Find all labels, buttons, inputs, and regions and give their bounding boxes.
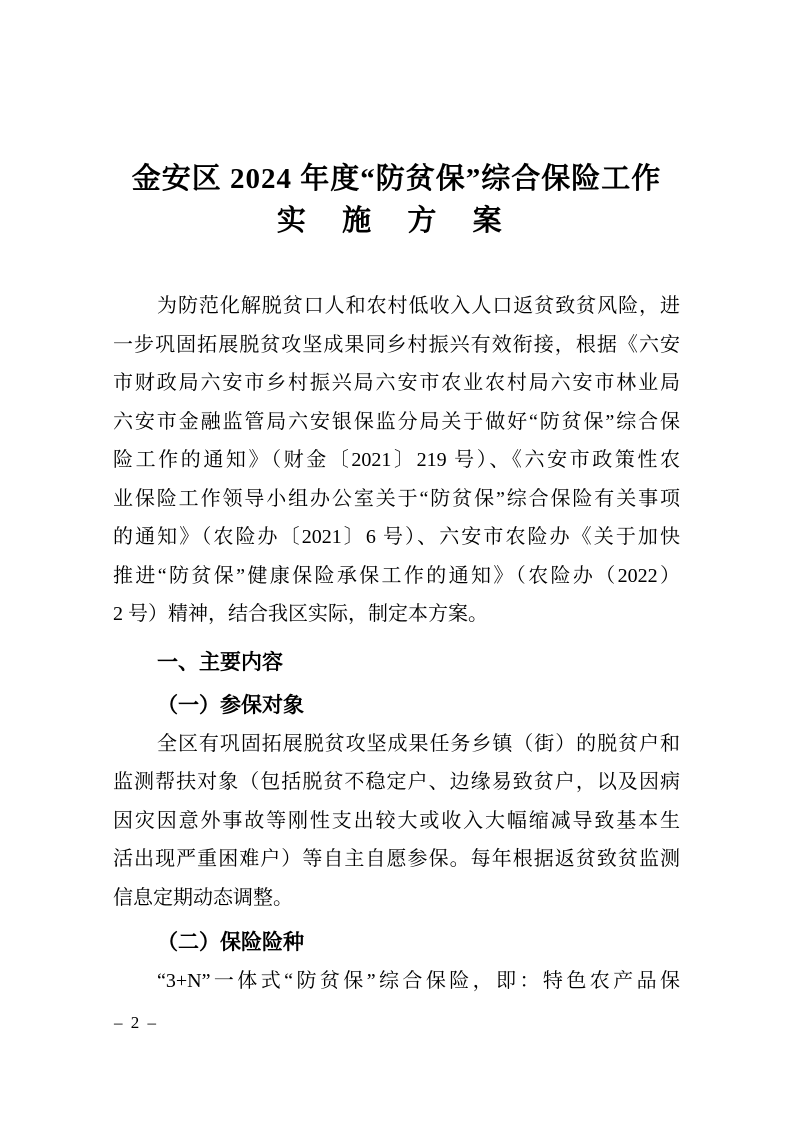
body-line: 监测帮扶对象（包括脱贫不稳定户、边缘易致贫户，以及因病: [113, 763, 680, 802]
section-heading-main-content: 一、主要内容: [113, 644, 680, 683]
document-title-line2: 实 施 方 案: [113, 200, 680, 242]
document-page: 金安区 2024 年度“防贫保”综合保险工作 实 施 方 案 为防范化解脱贫口人…: [0, 0, 793, 1122]
intro-line: 推进“防贫保”健康保险承保工作的通知》（农险办（2022）: [113, 557, 680, 596]
document-title-line1: 金安区 2024 年度“防贫保”综合保险工作: [113, 158, 680, 200]
intro-line: 2 号）精神，结合我区实际，制定本方案。: [113, 595, 680, 634]
intro-line: 业保险工作领导小组办公室关于“防贫保”综合保险有关事项: [113, 480, 680, 519]
body-line: 全区有巩固拓展脱贫攻坚成果任务乡镇（街）的脱贫户和: [113, 725, 680, 764]
intro-paragraph: 为防范化解脱贫口人和农村低收入人口返贫致贫风险，进 一步巩固拓展脱贫攻坚成果同乡…: [113, 287, 680, 634]
intro-line: 为防范化解脱贫口人和农村低收入人口返贫致贫风险，进: [113, 287, 680, 326]
intro-line: 市财政局六安市乡村振兴局六安市农业农村局六安市林业局: [113, 364, 680, 403]
intro-line: 六安市金融监管局六安银保监分局关于做好“防贫保”综合保: [113, 403, 680, 442]
intro-line: 一步巩固拓展脱贫攻坚成果同乡村振兴有效衔接，根据《六安: [113, 326, 680, 365]
body-line: 因灾因意外事故等刚性支出较大或收入大幅缩减导致基本生: [113, 802, 680, 841]
intro-line: 险工作的通知》（财金〔2021〕219 号）、《六安市政策性农: [113, 441, 680, 480]
intro-line: 的通知》（农险办〔2021〕6 号）、六安市农险办《关于加快: [113, 518, 680, 557]
page-number: – 2 –: [114, 1013, 158, 1033]
insurance-types-paragraph: “3+N”一体式“防贫保”综合保险，即：特色农产品保: [113, 962, 680, 1001]
body-line: 信息定期动态调整。: [113, 879, 680, 918]
subsection-heading-insurance-types: （二）保险险种: [113, 923, 680, 962]
subsection-heading-insured-targets: （一）参保对象: [113, 686, 680, 725]
insured-targets-paragraph: 全区有巩固拓展脱贫攻坚成果任务乡镇（街）的脱贫户和 监测帮扶对象（包括脱贫不稳定…: [113, 725, 680, 918]
body-line: 活出现严重困难户）等自主自愿参保。每年根据返贫致贫监测: [113, 840, 680, 879]
document-title: 金安区 2024 年度“防贫保”综合保险工作 实 施 方 案: [113, 158, 680, 242]
body-line: “3+N”一体式“防贫保”综合保险，即：特色农产品保: [113, 962, 680, 1001]
